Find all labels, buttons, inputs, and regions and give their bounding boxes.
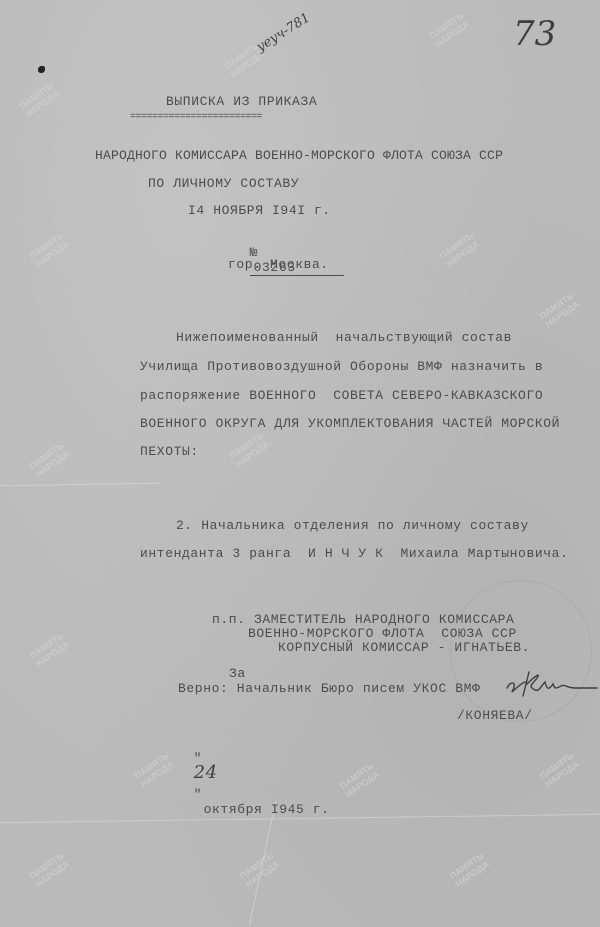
title-rule: ========================	[130, 112, 262, 123]
signature-line-3: КОРПУСНЫЙ КОМИССАР - ИГНАТЬЕВ.	[278, 640, 530, 655]
watermark: ПАМЯТЬ НАРОДА	[28, 851, 71, 890]
quote-close: "	[194, 787, 202, 802]
watermark: ПАМЯТЬ НАРОДА	[428, 11, 471, 50]
item-2-line: 2. Начальника отделения по личному соста…	[176, 518, 529, 533]
watermark: ПАМЯТЬ НАРОДА	[28, 441, 71, 480]
handwritten-signature	[505, 668, 600, 700]
body-line: ВОЕННОГО ОКРУГА ДЛЯ УКОМПЛЕКТОВАНИЯ ЧАСТ…	[140, 416, 560, 431]
date-day: 24	[194, 762, 218, 783]
watermark: ПАМЯТЬ НАРОДА	[448, 851, 491, 890]
watermark: ПАМЯТЬ НАРОДА	[338, 761, 381, 800]
city: гор. Москва.	[228, 257, 329, 272]
watermark: ПАМЯТЬ НАРОДА	[538, 751, 581, 790]
body-line: Нижепоименованный начальствующий состав	[176, 330, 512, 345]
watermark: ПАМЯТЬ НАРОДА	[438, 231, 481, 270]
document-title: ВЫПИСКА ИЗ ПРИКАЗА	[166, 94, 317, 109]
sheet-number: 73	[513, 14, 556, 54]
paper-fold	[0, 483, 160, 487]
certifier-name: /КОНЯЕВА/	[457, 708, 533, 723]
document-page: ПАМЯТЬ НАРОДА ПАМЯТЬ НАРОДА ПАМЯТЬ НАРОД…	[0, 0, 600, 927]
certification-line: Верно: Начальник Бюро писем УКОС ВМФ	[178, 681, 480, 696]
handwritten-note: уеуч-781	[254, 10, 313, 55]
signature-line-2: ВОЕННО-МОРСКОГО ФЛОТА СОЮЗА ССР	[248, 626, 517, 641]
header-line-2: ПО ЛИЧНОМУ СОСТАВУ	[148, 176, 299, 191]
certification-za: За	[229, 666, 246, 681]
punch-hole-mark	[38, 66, 45, 73]
date-rest: октября I945 г.	[204, 802, 330, 817]
watermark: ПАМЯТЬ НАРОДА	[28, 631, 71, 670]
certification-date: " 24 " октября I945 г.	[160, 736, 330, 832]
watermark: ПАМЯТЬ НАРОДА	[28, 231, 71, 270]
watermark: ПАМЯТЬ НАРОДА	[18, 81, 61, 120]
body-line: распоряжение ВОЕННОГО СОВЕТА СЕВЕРО-КАВК…	[140, 388, 543, 403]
item-2-line: интенданта 3 ранга И Н Ч У К Михаила Мар…	[140, 546, 568, 561]
body-line: Училища Противовоздушной Обороны ВМФ наз…	[140, 359, 543, 374]
order-date: I4 НОЯБРЯ I94I г.	[188, 203, 331, 218]
watermark: ПАМЯТЬ НАРОДА	[228, 431, 271, 470]
body-line: ПЕХОТЫ:	[140, 444, 199, 459]
watermark: ПАМЯТЬ НАРОДА	[538, 291, 581, 330]
header-line-1: НАРОДНОГО КОМИССАРА ВОЕННО-МОРСКОГО ФЛОТ…	[95, 148, 503, 163]
signature-line-1: п.п. ЗАМЕСТИТЕЛЬ НАРОДНОГО КОМИССАРА	[212, 612, 514, 627]
